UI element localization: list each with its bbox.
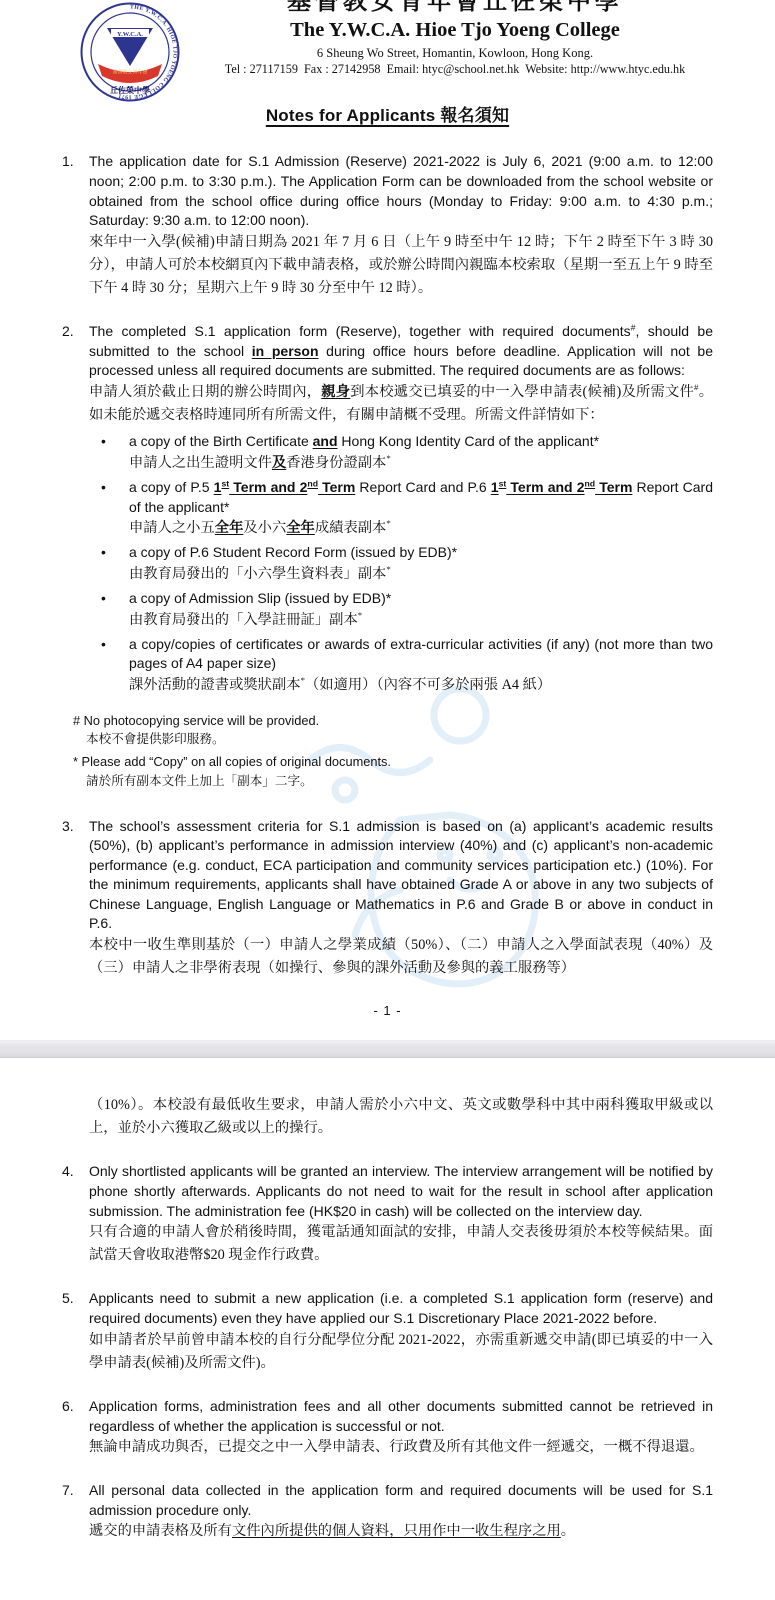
footnotes-block: # No photocopying service will be provid… bbox=[73, 712, 713, 790]
bullet-item-3: • a copy of P.6 Student Record Form (iss… bbox=[89, 543, 713, 586]
list-item-4: 4. Only shortlisted applicants will be g… bbox=[62, 1162, 713, 1267]
item5-chinese: 如申請者於早前曾申請本校的自行分配學位分配 2021-2022，亦需重新遞交申請… bbox=[89, 1329, 713, 1375]
page2-content: （10%）。本校設有最低收生要求，申請人需於小六中文、英文或數學科中其中兩科獲取… bbox=[0, 1094, 775, 1544]
header-text-block: 基督教女青年會丘佐榮中學 The Y.W.C.A. Hioe Tjo Yoeng… bbox=[150, 0, 760, 77]
page-title: Notes for Applicants 報名須知 bbox=[266, 106, 509, 125]
page-separator bbox=[0, 1040, 775, 1058]
item-number: 1. bbox=[62, 152, 89, 300]
item5-english: Applicants need to submit a new applicat… bbox=[89, 1289, 713, 1328]
bullet-icon: • bbox=[89, 543, 129, 586]
bullet-item-5: • a copy/copies of certificates or award… bbox=[89, 635, 713, 697]
item6-english: Application forms, administration fees a… bbox=[89, 1397, 713, 1436]
item-number: 4. bbox=[62, 1162, 89, 1267]
item-number-spacer bbox=[62, 1094, 89, 1140]
bullet-item-1: • a copy of the Birth Certificate and Ho… bbox=[89, 432, 713, 475]
item-number: 3. bbox=[62, 817, 89, 981]
page-2: （10%）。本校設有最低收生要求，申請人需於小六中文、英文或數學科中其中兩科獲取… bbox=[0, 1058, 775, 1600]
item3-continuation: （10%）。本校設有最低收生要求，申請人需於小六中文、英文或數學科中其中兩科獲取… bbox=[62, 1094, 713, 1140]
footnote2-english: * Please add “Copy” on all copies of ori… bbox=[73, 753, 713, 770]
bullet1-chinese: 申請人之出生證明文件及香港身份證副本* bbox=[129, 452, 713, 475]
bullet-icon: • bbox=[89, 478, 129, 540]
item4-chinese: 只有合適的申請人會於稍後時間，獲電話通知面試的安排，申請人交表後毋須於本校等候結… bbox=[89, 1221, 713, 1267]
bullet2-english: a copy of P.5 1st Term and 2nd Term Repo… bbox=[129, 478, 713, 517]
bullet-icon: • bbox=[89, 432, 129, 475]
list-item-5: 5. Applicants need to submit a new appli… bbox=[62, 1289, 713, 1375]
page-1: THE Y.W.C.A. HIOE TJO YOENG COLLEGE 1971… bbox=[0, 0, 775, 1040]
item2-chinese: 申請人須於截止日期的辦公時間內，親身到本校遞交已填妥的中一入學申請表(候補)及所… bbox=[89, 381, 713, 427]
item3-english: The school’s assessment criteria for S.1… bbox=[89, 817, 713, 935]
item1-english: The application date for S.1 Admission (… bbox=[89, 152, 713, 230]
item7-chinese: 遞交的申請表格及所有文件內所提供的個人資料，只用作中一收生程序之用。 bbox=[89, 1520, 713, 1543]
list-item-1: 1. The application date for S.1 Admissio… bbox=[62, 152, 713, 300]
school-contact-line: Tel : 27117159 Fax : 27142958 Email: hty… bbox=[150, 61, 760, 77]
bullet4-chinese: 由教育局發出的「入學註冊証」副本* bbox=[129, 609, 713, 632]
item3-chinese-continued: （10%）。本校設有最低收生要求，申請人需於小六中文、英文或數學科中其中兩科獲取… bbox=[89, 1094, 713, 1140]
logo-bottom-text: 丘佐榮中學 bbox=[110, 85, 150, 95]
item-number: 5. bbox=[62, 1289, 89, 1375]
bullet-icon: • bbox=[89, 589, 129, 632]
footnote1-chinese: 本校不會提供影印服務。 bbox=[73, 730, 713, 749]
item4-english: Only shortlisted applicants will be gran… bbox=[89, 1162, 713, 1221]
list-item-3: 3. The school’s assessment criteria for … bbox=[62, 817, 713, 981]
bullet-icon: • bbox=[89, 635, 129, 697]
document-header: THE Y.W.C.A. HIOE TJO YOENG COLLEGE 1971… bbox=[0, 0, 775, 77]
item6-chinese: 無論申請成功與否，已提交之中一入學申請表、行政費及所有其他文件一經遞交，一概不得… bbox=[89, 1436, 713, 1459]
logo-ribbon-text: 基督教女青年會 bbox=[112, 69, 147, 76]
school-name-english: The Y.W.C.A. Hioe Tjo Yoeng College bbox=[150, 16, 760, 45]
page1-content: 1. The application date for S.1 Admissio… bbox=[0, 152, 775, 980]
logo-triangle-text: Y.W.C.A. bbox=[117, 31, 143, 38]
bullet3-english: a copy of P.6 Student Record Form (issue… bbox=[129, 543, 713, 563]
bullet5-english: a copy/copies of certificates or awards … bbox=[129, 635, 713, 674]
bullet1-english: a copy of the Birth Certificate and Hong… bbox=[129, 432, 713, 452]
list-item-2: 2. The completed S.1 application form (R… bbox=[62, 322, 713, 794]
bullet-item-4: • a copy of Admission Slip (issued by ED… bbox=[89, 589, 713, 632]
item-number: 7. bbox=[62, 1481, 89, 1543]
item2-english: The completed S.1 application form (Rese… bbox=[89, 322, 713, 381]
page-number: - 1 - bbox=[0, 1003, 775, 1018]
item1-chinese: 來年中一入學(候補)申請日期為 2021 年 7 月 6 日（上午 9 時至中午… bbox=[89, 231, 713, 300]
list-item-6: 6. Application forms, administration fee… bbox=[62, 1397, 713, 1459]
bullet-item-2: • a copy of P.5 1st Term and 2nd Term Re… bbox=[89, 478, 713, 540]
bullet3-chinese: 由教育局發出的「小六學生資料表」副本* bbox=[129, 563, 713, 586]
list-item-7: 7. All personal data collected in the ap… bbox=[62, 1481, 713, 1543]
document-viewer: THE Y.W.C.A. HIOE TJO YOENG COLLEGE 1971… bbox=[0, 0, 775, 1600]
bullet5-chinese: 課外活動的證書或獎狀副本*（如適用）（內容不可多於兩張 A4 紙） bbox=[129, 674, 713, 697]
title-row: Notes for Applicants 報名須知 bbox=[0, 101, 775, 126]
school-logo-icon: THE Y.W.C.A. HIOE TJO YOENG COLLEGE 1971… bbox=[80, 2, 180, 102]
item7-english: All personal data collected in the appli… bbox=[89, 1481, 713, 1520]
bullet4-english: a copy of Admission Slip (issued by EDB)… bbox=[129, 589, 713, 609]
bullet2-chinese: 申請人之小五全年及小六全年成績表副本* bbox=[129, 517, 713, 540]
school-address: 6 Sheung Wo Street, Homantin, Kowloon, H… bbox=[150, 45, 760, 61]
school-name-chinese: 基督教女青年會丘佐榮中學 bbox=[150, 0, 760, 16]
item3-chinese: 本校中一收生準則基於（一）申請人之學業成績（50%）、（二）申請人之入學面試表現… bbox=[89, 934, 713, 980]
required-documents-list: • a copy of the Birth Certificate and Ho… bbox=[89, 432, 713, 697]
footnote1-english: # No photocopying service will be provid… bbox=[73, 712, 713, 729]
footnote2-chinese: 請於所有副本文件上加上「副本」二字。 bbox=[73, 772, 713, 791]
item-number: 6. bbox=[62, 1397, 89, 1459]
